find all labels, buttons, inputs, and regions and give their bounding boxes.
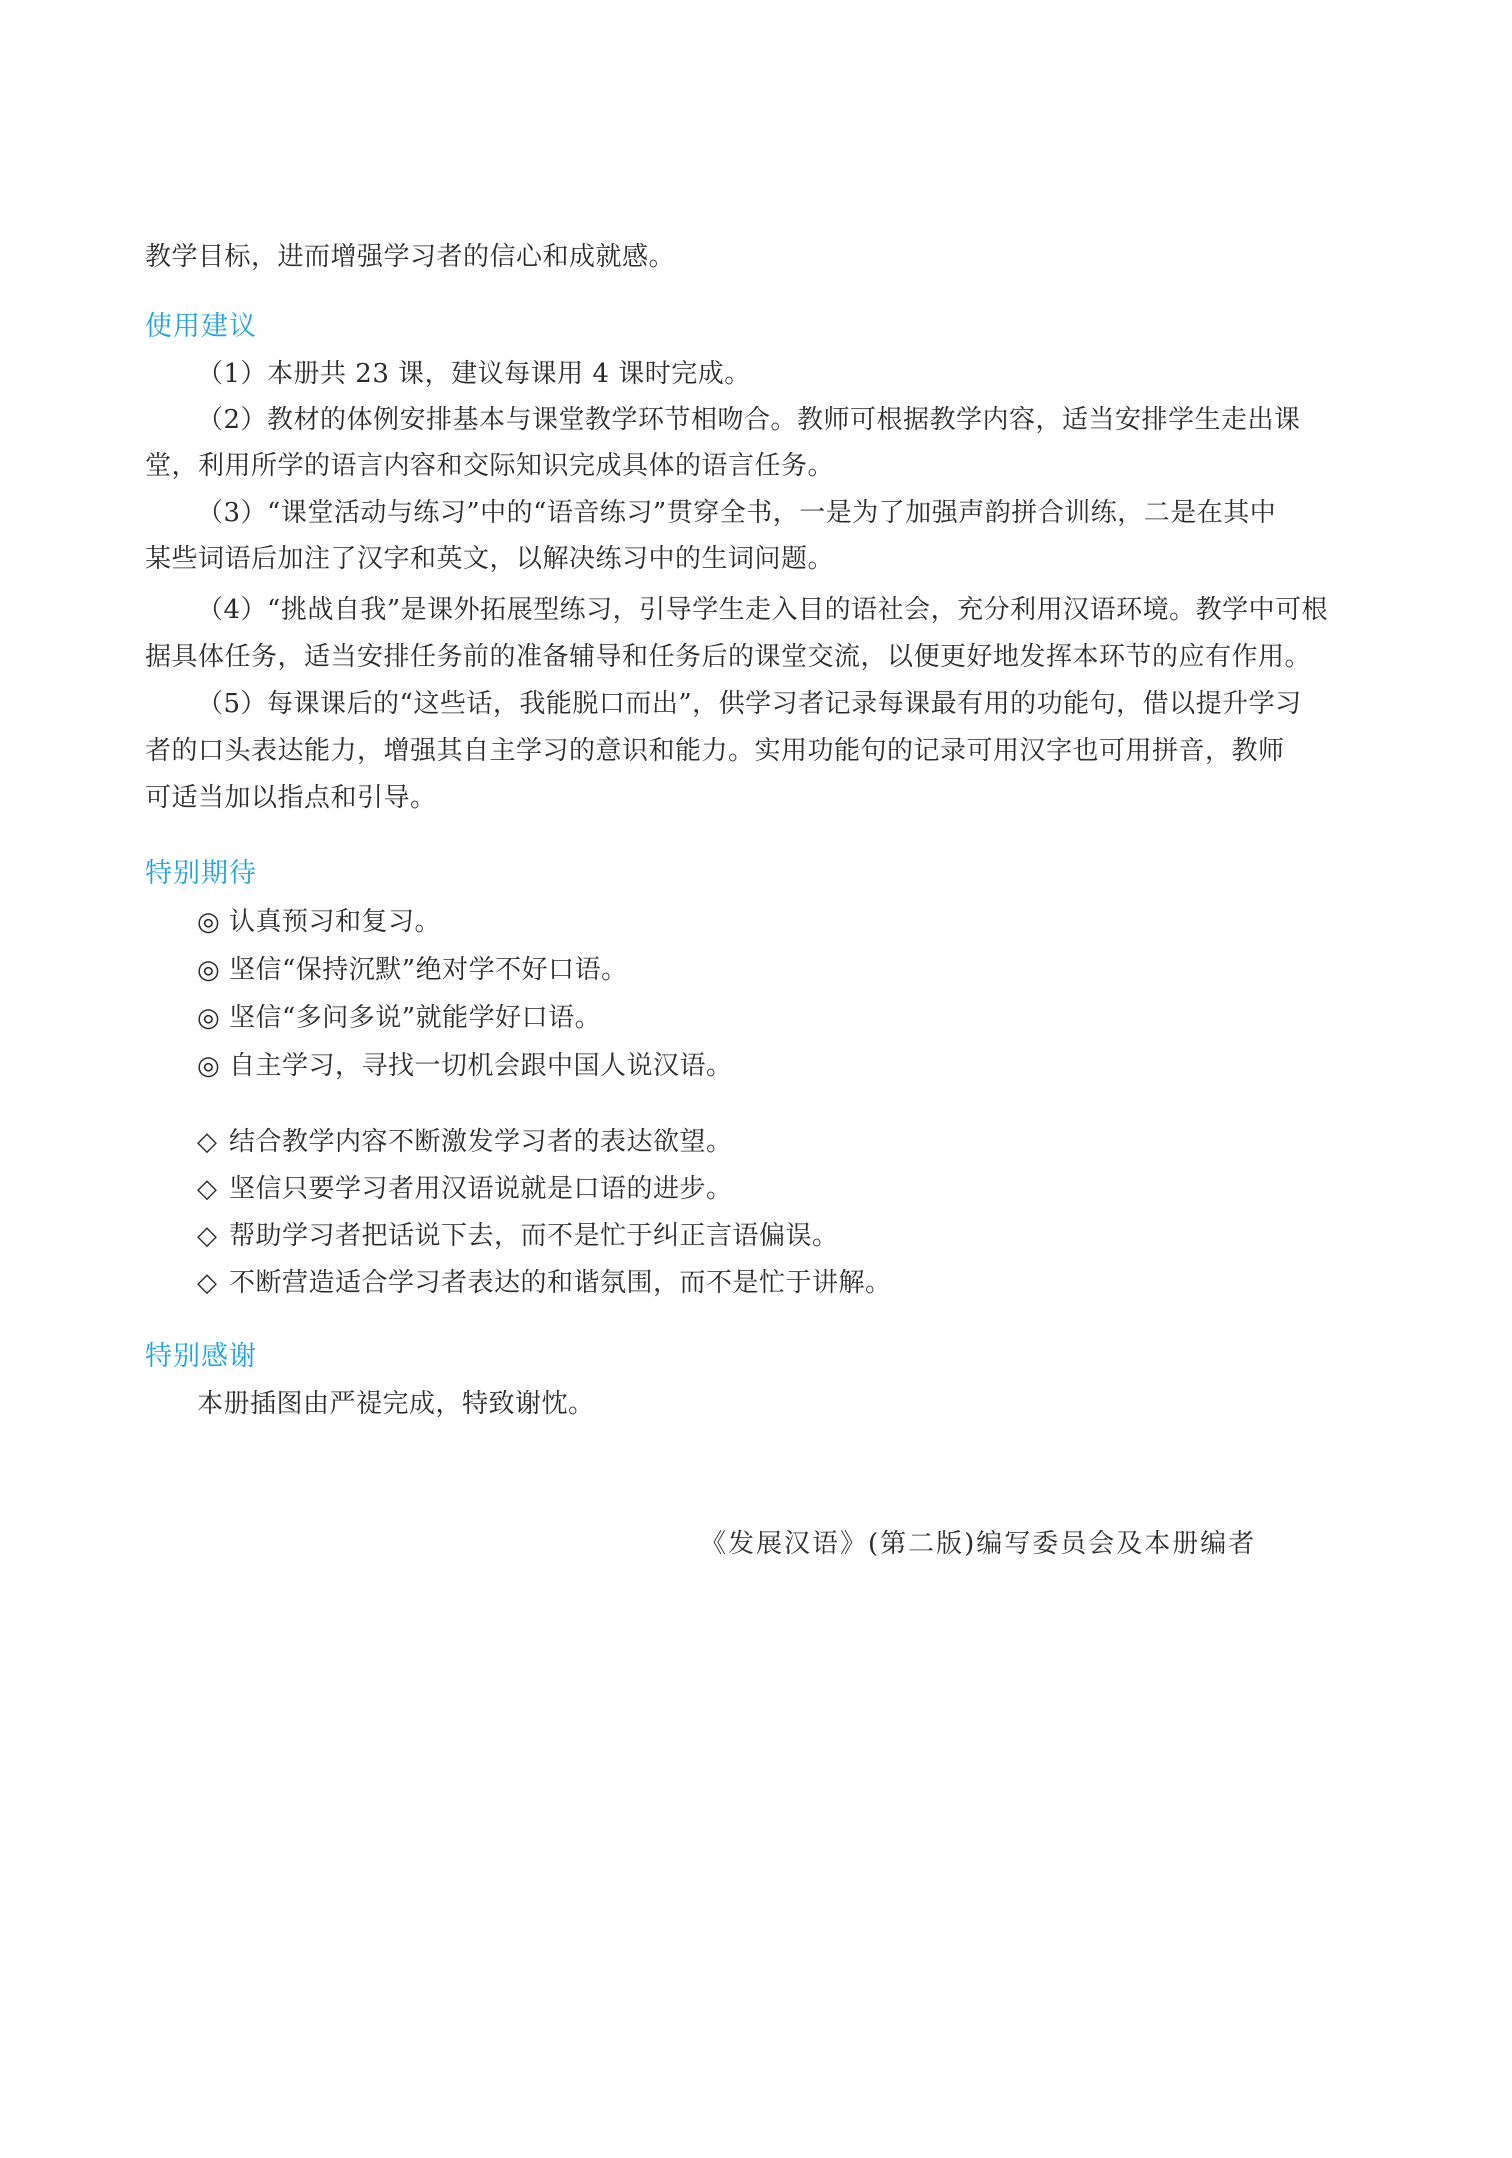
teacher-expectation-text: 不断营造适合学习者表达的和谐氛围，而不是忙于讲解。	[229, 1268, 892, 1298]
usage-item-4-line-2: 据具体任务，适当安排任务前的准备辅导和任务后的课堂交流，以便更好地发挥本环节的应…	[145, 640, 1311, 674]
student-expectation-item: ◎认真预习和复习。	[197, 905, 441, 939]
student-expectation-text: 自主学习，寻找一切机会跟中国人说汉语。	[229, 1051, 733, 1081]
diamond-bullet-icon: ◇	[197, 1172, 229, 1206]
usage-heading: 使用建议	[145, 310, 257, 344]
teacher-expectation-item: ◇帮助学习者把话说下去，而不是忙于纠正言语偏误。	[197, 1219, 839, 1253]
double-circle-bullet-icon: ◎	[197, 1049, 229, 1083]
document-page: 教学目标，进而增强学习者的信心和成就感。 使用建议 （1）本册共 23 课，建议…	[0, 0, 1512, 2158]
double-circle-bullet-icon: ◎	[197, 905, 229, 939]
student-expectation-item: ◎坚信“保持沉默”绝对学不好口语。	[197, 953, 628, 987]
thanks-heading: 特别感谢	[145, 1340, 257, 1374]
usage-item-5-line-3: 可适当加以指点和引导。	[145, 781, 437, 815]
usage-item-2-line-2: 堂，利用所学的语言内容和交际知识完成具体的语言任务。	[145, 449, 834, 483]
thanks-text: 本册插图由严禔完成，特致谢忱。	[197, 1387, 595, 1421]
teacher-expectation-text: 结合教学内容不断激发学习者的表达欲望。	[229, 1127, 733, 1157]
teacher-expectation-item: ◇不断营造适合学习者表达的和谐氛围，而不是忙于讲解。	[197, 1266, 892, 1300]
teacher-expectation-item: ◇坚信只要学习者用汉语说就是口语的进步。	[197, 1172, 733, 1206]
diamond-bullet-icon: ◇	[197, 1266, 229, 1300]
double-circle-bullet-icon: ◎	[197, 1001, 229, 1035]
diamond-bullet-icon: ◇	[197, 1219, 229, 1253]
expectations-heading: 特别期待	[145, 857, 257, 891]
signature: 《发展汉语》(第二版)编写委员会及本册编者	[700, 1527, 1256, 1561]
usage-item-5-line-1: （5）每课课后的“这些话，我能脱口而出”，供学习者记录每课最有用的功能句，借以提…	[197, 687, 1302, 721]
teacher-expectation-item: ◇结合教学内容不断激发学习者的表达欲望。	[197, 1125, 733, 1159]
student-expectation-item: ◎自主学习，寻找一切机会跟中国人说汉语。	[197, 1049, 733, 1083]
diamond-bullet-icon: ◇	[197, 1125, 229, 1159]
usage-item-3-line-1: （3）“课堂活动与练习”中的“语音练习”贯穿全书，一是为了加强声韵拼合训练，二是…	[197, 496, 1276, 530]
usage-item-5-line-2: 者的口头表达能力，增强其自主学习的意识和能力。实用功能句的记录可用汉字也可用拼音…	[145, 734, 1285, 768]
student-expectation-text: 认真预习和复习。	[229, 907, 441, 937]
intro-continuation: 教学目标，进而增强学习者的信心和成就感。	[145, 240, 675, 274]
usage-item-3-line-2: 某些词语后加注了汉字和英文，以解决练习中的生词问题。	[145, 542, 834, 576]
usage-item-4-line-1: （4）“挑战自我”是课外拓展型练习，引导学生走入目的语社会，充分利用汉语环境。教…	[197, 593, 1328, 627]
double-circle-bullet-icon: ◎	[197, 953, 229, 987]
teacher-expectation-text: 坚信只要学习者用汉语说就是口语的进步。	[229, 1174, 733, 1204]
usage-item-2-line-1: （2）教材的体例安排基本与课堂教学环节相吻合。教师可根据教学内容，适当安排学生走…	[197, 403, 1301, 437]
student-expectation-text: 坚信“保持沉默”绝对学不好口语。	[229, 955, 628, 985]
student-expectation-text: 坚信“多问多说”就能学好口语。	[229, 1003, 601, 1033]
student-expectation-item: ◎坚信“多问多说”就能学好口语。	[197, 1001, 601, 1035]
teacher-expectation-text: 帮助学习者把话说下去，而不是忙于纠正言语偏误。	[229, 1221, 839, 1251]
usage-item-1-line-1: （1）本册共 23 课，建议每课用 4 课时完成。	[197, 357, 751, 391]
